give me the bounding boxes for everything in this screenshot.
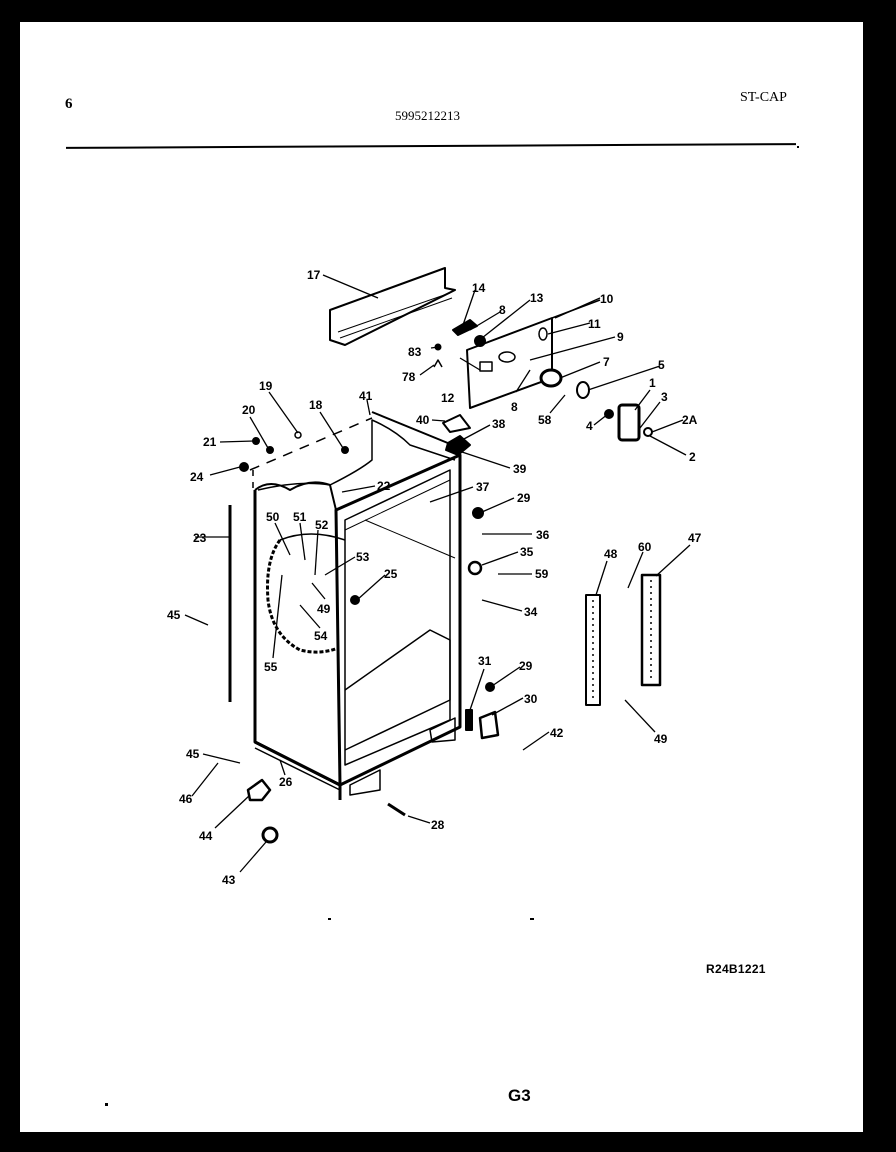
part-31	[466, 710, 472, 730]
callout-55: 55	[264, 660, 278, 674]
callout-18: 18	[309, 398, 323, 412]
callout-1: 1	[649, 376, 656, 390]
part-48-strip	[586, 595, 600, 705]
callout-2A: 2A	[682, 413, 698, 427]
callout-44: 44	[199, 829, 213, 843]
callout-8: 8	[499, 303, 506, 317]
callout-19: 19	[259, 379, 273, 393]
part-38	[446, 436, 470, 455]
part-4	[605, 410, 613, 418]
part-29	[473, 508, 483, 518]
exploded-parts-diagram: 17 14 8 13 10 11 9 83 78 12 7 5 8 58 1 3…	[0, 0, 896, 1152]
callout-60: 60	[638, 540, 652, 554]
callout-30: 30	[524, 692, 538, 706]
callout-46: 46	[179, 792, 193, 806]
callout-28: 28	[431, 818, 445, 832]
part-30-hinge	[480, 712, 498, 738]
part-47-strip	[642, 575, 660, 685]
callout-10: 10	[600, 292, 614, 306]
part-24	[240, 463, 248, 471]
part-78	[434, 360, 442, 367]
callout-2: 2	[689, 450, 696, 464]
callout-24: 24	[190, 470, 204, 484]
callout-59: 59	[535, 567, 549, 581]
cabinet-shell	[255, 455, 460, 800]
callout-54: 54	[314, 629, 328, 643]
callout-43: 43	[222, 873, 236, 887]
callout-4: 4	[586, 419, 593, 433]
callout-58: 58	[538, 413, 552, 427]
callout-14: 14	[472, 281, 486, 295]
callout-36: 36	[536, 528, 550, 542]
callout-52: 52	[315, 518, 329, 532]
side-wiring-harness	[268, 540, 339, 652]
part-29-lower	[486, 683, 494, 691]
callout-39: 39	[513, 462, 527, 476]
callout-41: 41	[359, 389, 373, 403]
callout-17: 17	[307, 268, 321, 282]
part-10-control-panel	[467, 300, 600, 408]
callout-35: 35	[520, 545, 534, 559]
callout-8b: 8	[511, 400, 518, 414]
part-44-hinge	[248, 780, 270, 800]
callout-34: 34	[524, 605, 538, 619]
callout-3: 3	[661, 390, 668, 404]
callout-9: 9	[617, 330, 624, 344]
callout-11: 11	[588, 317, 601, 331]
callout-29: 29	[517, 491, 531, 505]
callout-25: 25	[384, 567, 398, 581]
callout-23: 23	[193, 531, 207, 545]
part-5-knob	[577, 382, 589, 398]
part-1-relay	[619, 405, 639, 440]
callout-7: 7	[603, 355, 610, 369]
callout-51: 51	[293, 510, 307, 524]
callout-13: 13	[530, 291, 544, 305]
part-40	[443, 415, 470, 432]
callout-21: 21	[203, 435, 217, 449]
callout-38: 38	[492, 417, 506, 431]
part-7-thermostat	[541, 370, 561, 386]
callout-45: 45	[167, 608, 181, 622]
part-35	[469, 562, 481, 574]
callout-12: 12	[441, 391, 455, 405]
callout-47: 47	[688, 531, 702, 545]
part-28-screw	[388, 804, 405, 815]
callout-78: 78	[402, 370, 416, 384]
callout-48: 48	[604, 547, 618, 561]
assembly-guide-lines	[250, 418, 372, 470]
part-2A	[644, 428, 652, 436]
part-43	[263, 828, 277, 842]
callout-20: 20	[242, 403, 256, 417]
callout-49: 49	[317, 602, 331, 616]
callout-22: 22	[377, 479, 391, 493]
callout-26: 26	[279, 775, 293, 789]
callout-42: 42	[550, 726, 564, 740]
part-17-top-rail	[330, 268, 455, 345]
callout-31: 31	[478, 654, 492, 668]
callout-29b: 29	[519, 659, 533, 673]
callout-37: 37	[476, 480, 490, 494]
callout-49b: 49	[654, 732, 668, 746]
callout-50: 50	[266, 510, 280, 524]
callout-5: 5	[658, 358, 665, 372]
callout-53: 53	[356, 550, 370, 564]
callout-45b: 45	[186, 747, 200, 761]
callout-83: 83	[408, 345, 422, 359]
callout-40: 40	[416, 413, 430, 427]
